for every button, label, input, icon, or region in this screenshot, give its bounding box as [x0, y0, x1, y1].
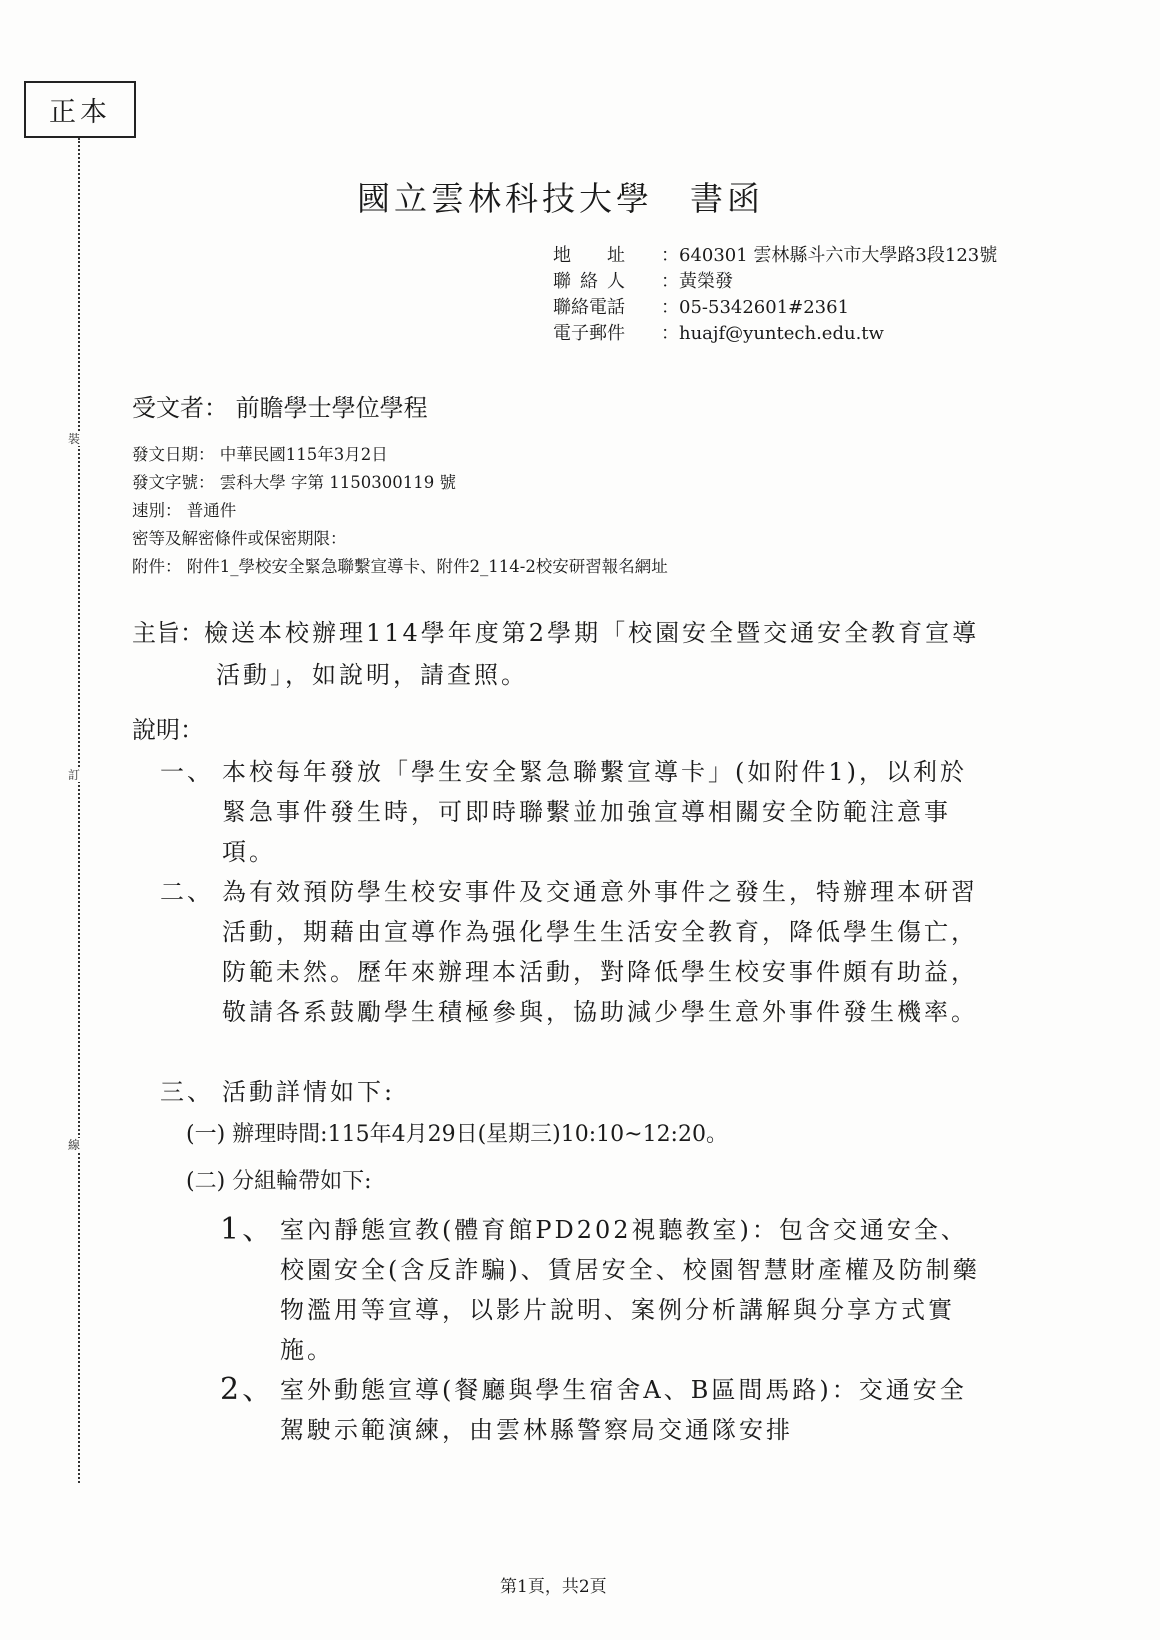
recipient-value: 前瞻學士學位學程 [236, 394, 428, 422]
contact-value: 黃榮發 [679, 269, 733, 295]
sender-contact-row: 聯絡人 ： 黃榮發 [553, 269, 997, 295]
sub-item-text: 辦理時間:115年4月29日(星期三)10:10~12:20。 [232, 1122, 728, 1147]
numbered-item-text: 室內靜態宣教(體育館PD202視聽教室)：包含交通安全、校園安全(含反詐騙)、賃… [280, 1210, 990, 1370]
recipient: 受文者： 前瞻學士學位學程 [132, 388, 428, 423]
issue-date-row: 發文日期： 中華民國115年3月2日 [132, 441, 668, 469]
sender-info: 地 址 ： 640301 雲林縣斗六市大學路3段123號 聯絡人 ： 黃榮發 聯… [553, 243, 997, 347]
numbered-item-number: 1、 [220, 1210, 280, 1370]
item-number: 二、 [160, 872, 222, 1032]
explanation-item-3: 三、 活動詳情如下: [160, 1072, 990, 1112]
document-number-value: 雲科大學 字第 1150300119 號 [220, 473, 456, 492]
item-text: 本校每年發放「學生安全緊急聯繫宣導卡」(如附件1)，以利於緊急事件發生時，可即時… [222, 752, 990, 872]
item-text: 為有效預防學生校安事件及交通意外事件之發生，特辦理本研習活動，期藉由宣導作為强化… [222, 872, 990, 1032]
email-label: 電子郵件 [553, 321, 661, 347]
attachments-row: 附件： 附件1_學校安全緊急聯繫宣導卡、附件2_114-2校安研習報名網址 [132, 553, 668, 581]
document-meta: 發文日期： 中華民國115年3月2日 發文字號： 雲科大學 字第 1150300… [132, 441, 668, 581]
phone-label: 聯絡電話 [553, 295, 661, 321]
binding-dotted-line [78, 138, 80, 1483]
sender-email-row: 電子郵件 ： huajf@yuntech.edu.tw [553, 321, 997, 347]
subject-paragraph: 主旨：檢送本校辦理114學年度第2學期「校園安全暨交通安全教育宣導活動」，如說明… [132, 612, 992, 696]
sub-item-schedule: (一) 辦理時間:115年4月29日(星期三)10:10~12:20。 [186, 1115, 728, 1155]
contact-label: 聯絡人 [553, 269, 661, 295]
binding-mark-xian: 線 [68, 1138, 80, 1152]
numbered-item-text: 室外動態宣導(餐廳與學生宿舍A、B區間馬路)：交通安全駕駛示範演練，由雲林縣警察… [280, 1370, 990, 1450]
item-text: 活動詳情如下: [222, 1072, 990, 1112]
separator: ： [661, 321, 679, 347]
email-value: huajf@yuntech.edu.tw [679, 321, 884, 347]
address-value: 640301 雲林縣斗六市大學路3段123號 [679, 243, 997, 269]
sub-item-text: 分組輪帶如下: [232, 1169, 371, 1194]
urgency-label: 速別： [132, 501, 182, 520]
stamp-label: 正本 [49, 90, 111, 129]
document-number-label: 發文字號： [132, 473, 215, 492]
sub-item-groups: (二) 分組輪帶如下: [186, 1162, 372, 1202]
item-number: 三、 [160, 1072, 222, 1112]
numbered-item-1: 1、 室內靜態宣教(體育館PD202視聽教室)：包含交通安全、校園安全(含反詐騙… [220, 1210, 990, 1370]
sub-item-number: (二) [186, 1169, 225, 1194]
classification-label: 密等及解密條件或保密期限： [132, 529, 347, 548]
binding-mark-ding: 訂 [68, 768, 80, 782]
issue-date-label: 發文日期： [132, 445, 215, 464]
subject-text: 檢送本校辦理114學年度第2學期「校園安全暨交通安全教育宣導活動」，如說明，請查… [204, 619, 979, 689]
explanation-item-1: 一、 本校每年發放「學生安全緊急聯繫宣導卡」(如附件1)，以利於緊急事件發生時，… [160, 752, 990, 872]
page-number: 第1頁，共2頁 [500, 1572, 607, 1597]
document-title: 國立雲林科技大學 書函 [357, 173, 764, 220]
sender-address-row: 地 址 ： 640301 雲林縣斗六市大學路3段123號 [553, 243, 997, 269]
issue-date-value: 中華民國115年3月2日 [220, 445, 388, 464]
separator: ： [661, 269, 679, 295]
numbered-item-2: 2、 室外動態宣導(餐廳與學生宿舍A、B區間馬路)：交通安全駕駛示範演練，由雲林… [220, 1370, 990, 1450]
recipient-label: 受文者： [132, 394, 228, 422]
subject-label: 主旨： [132, 619, 204, 647]
separator: ： [661, 243, 679, 269]
numbered-item-number: 2、 [220, 1370, 280, 1450]
sender-phone-row: 聯絡電話 ： 05-5342601#2361 [553, 295, 997, 321]
explanation-item-2: 二、 為有效預防學生校安事件及交通意外事件之發生，特辦理本研習活動，期藉由宣導作… [160, 872, 990, 1032]
sub-item-number: (一) [186, 1122, 225, 1147]
item-number: 一、 [160, 752, 222, 872]
attachments-label: 附件： [132, 557, 182, 576]
binding-mark-zhuang: 裝 [68, 432, 80, 446]
phone-value: 05-5342601#2361 [679, 295, 849, 321]
explanation-label: 說明： [132, 710, 204, 745]
document-number-row: 發文字號： 雲科大學 字第 1150300119 號 [132, 469, 668, 497]
separator: ： [661, 295, 679, 321]
subject: 主旨：檢送本校辦理114學年度第2學期「校園安全暨交通安全教育宣導活動」，如說明… [132, 612, 992, 696]
classification-row: 密等及解密條件或保密期限： [132, 525, 668, 553]
urgency-value: 普通件 [187, 501, 237, 520]
urgency-row: 速別： 普通件 [132, 497, 668, 525]
original-copy-stamp: 正本 [24, 81, 136, 138]
address-label: 地 址 [553, 243, 661, 269]
attachments-value: 附件1_學校安全緊急聯繫宣導卡、附件2_114-2校安研習報名網址 [187, 557, 668, 576]
